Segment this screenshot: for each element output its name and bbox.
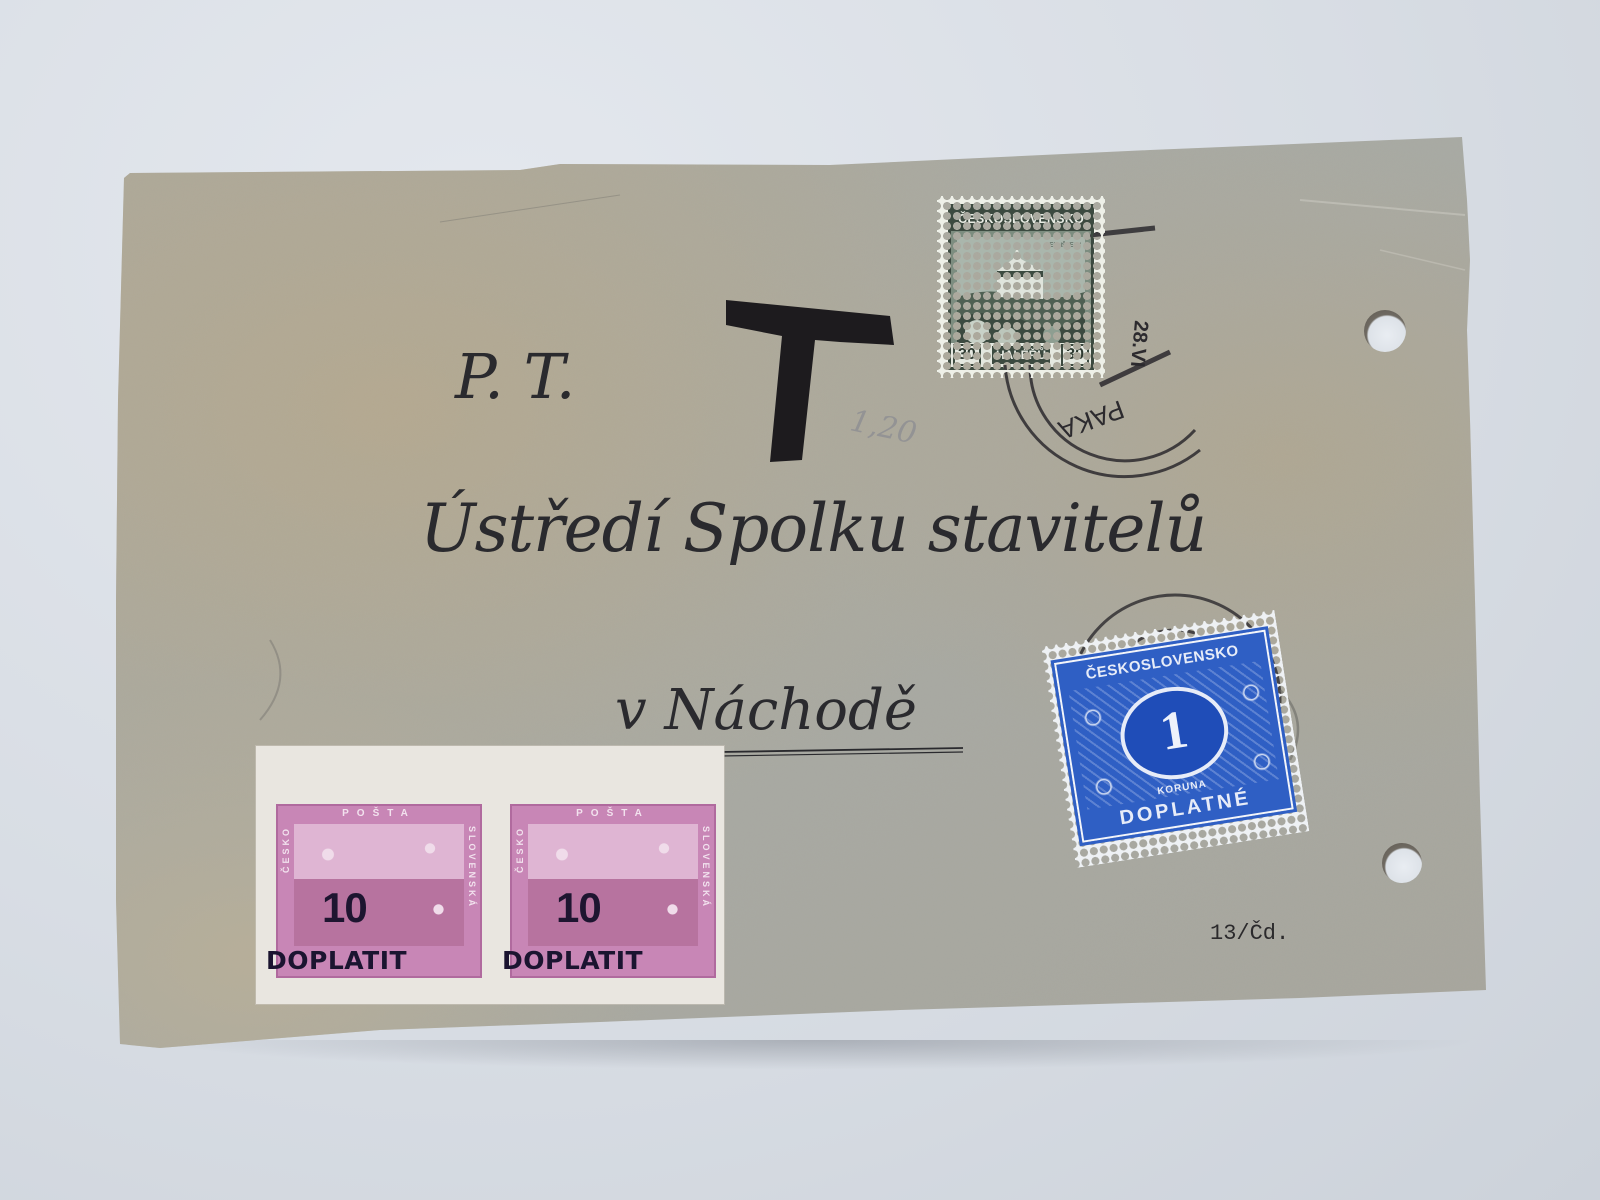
castle-illustration xyxy=(957,237,1085,347)
envelope-paper: PAKA 28.VI xyxy=(0,0,1600,1200)
stamp-pair-10-doplatit: POŠTA ČESKO SLOVENSKÁ 10 POŠTA ČESKO SLO… xyxy=(256,746,724,1004)
punch-hole xyxy=(1364,310,1406,352)
svg-text:28.VI: 28.VI xyxy=(1126,320,1152,368)
overprint-doplatit: DOPLATIT xyxy=(266,946,407,975)
stamp-30-haleru: ČESKOSLOVENSKO PERNŠTEJN 30 HALÉŘŮ 30 xyxy=(937,196,1105,378)
punch-hole xyxy=(1382,843,1422,883)
address-line-3: v Náchodě xyxy=(615,678,917,743)
overprint-value: 10 xyxy=(322,884,367,932)
address-line-2: Ústředí Spolku stavitelů xyxy=(420,490,1206,567)
prague-castle-illustration xyxy=(294,824,464,946)
stamp-value: 1 xyxy=(1156,701,1191,759)
address-line-1: P. T. xyxy=(455,340,576,413)
envelope: PAKA 28.VI xyxy=(0,0,1600,1200)
stamp-value-left: 30 xyxy=(953,344,981,366)
prague-castle-illustration xyxy=(528,824,698,946)
stamp-country: ČESKOSLOVENSKO xyxy=(951,207,1091,231)
stamp-1-koruna-due: ČESKOSLOVENSKO 1 KORUNA DOPLATNÉ xyxy=(1028,598,1322,876)
overprint-value: 10 xyxy=(556,884,601,932)
typed-reference: 13/Čd. xyxy=(1210,921,1289,946)
stamp-value-right: 30 xyxy=(1061,344,1089,366)
stamp-currency: HALÉŘŮ xyxy=(992,346,1050,364)
stamp-place-name: PERNŠTEJN xyxy=(1045,243,1081,249)
overprint-doplatit: DOPLATIT xyxy=(502,946,643,975)
